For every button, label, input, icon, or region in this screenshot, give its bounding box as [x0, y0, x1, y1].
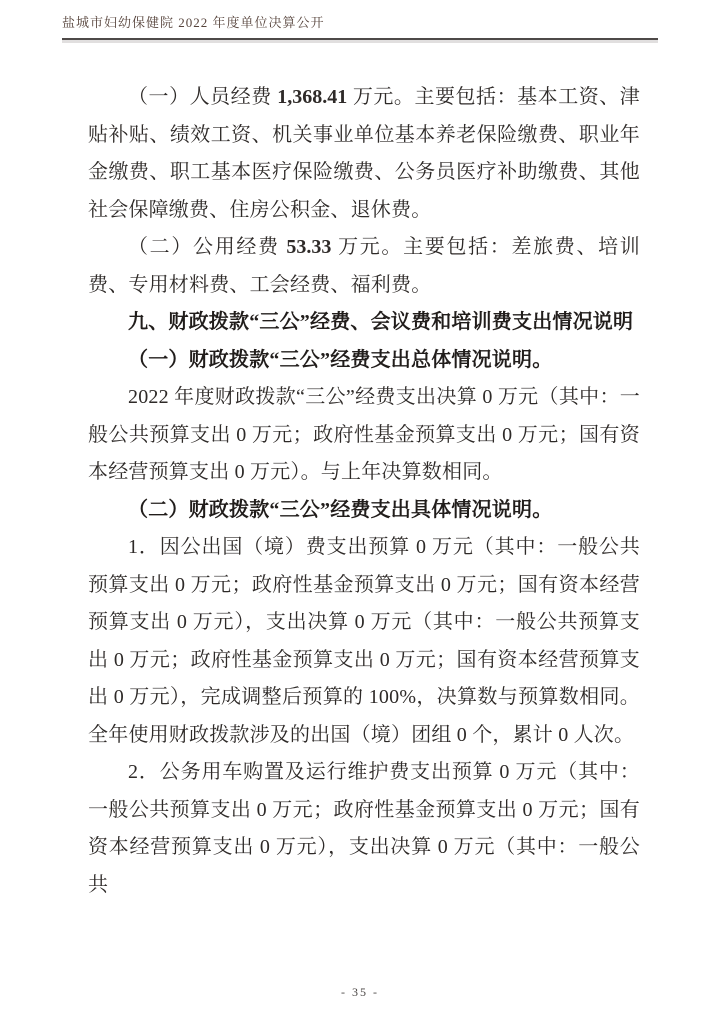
document-body: （一）人员经费 1,368.41 万元。主要包括：基本工资、津贴补贴、绩效工资、…: [88, 79, 640, 904]
heading-specific-situation: （二）财政拨款“三公”经费支出具体情况说明。: [88, 492, 640, 530]
header-title: 盐城市妇幼保健院 2022 年度单位决算公开: [62, 15, 325, 30]
para-abroad-expense: 1．因公出国（境）费支出预算 0 万元（其中：一般公共预算支出 0 万元；政府性…: [88, 529, 640, 754]
heading-section-nine: 九、财政拨款“三公”经费、会议费和培训费支出情况说明: [88, 304, 640, 342]
page-number: - 35 -: [0, 985, 720, 1000]
heading-overall-situation: （一）财政拨款“三公”经费支出总体情况说明。: [88, 342, 640, 380]
para-public-expense: （二）公用经费 53.33 万元。主要包括：差旅费、培训费、专用材料费、工会经费…: [88, 229, 640, 304]
document-page: 盐城市妇幼保健院 2022 年度单位决算公开 （一）人员经费 1,368.41 …: [0, 0, 720, 1018]
page-header: 盐城市妇幼保健院 2022 年度单位决算公开: [62, 12, 658, 40]
para-personnel-expense: （一）人员经费 1,368.41 万元。主要包括：基本工资、津贴补贴、绩效工资、…: [88, 79, 640, 229]
para-overall-situation: 2022 年度财政拨款“三公”经费支出决算 0 万元（其中：一般公共预算支出 0…: [88, 379, 640, 492]
para-vehicle-expense: 2．公务用车购置及运行维护费支出预算 0 万元（其中：一般公共预算支出 0 万元…: [88, 754, 640, 904]
